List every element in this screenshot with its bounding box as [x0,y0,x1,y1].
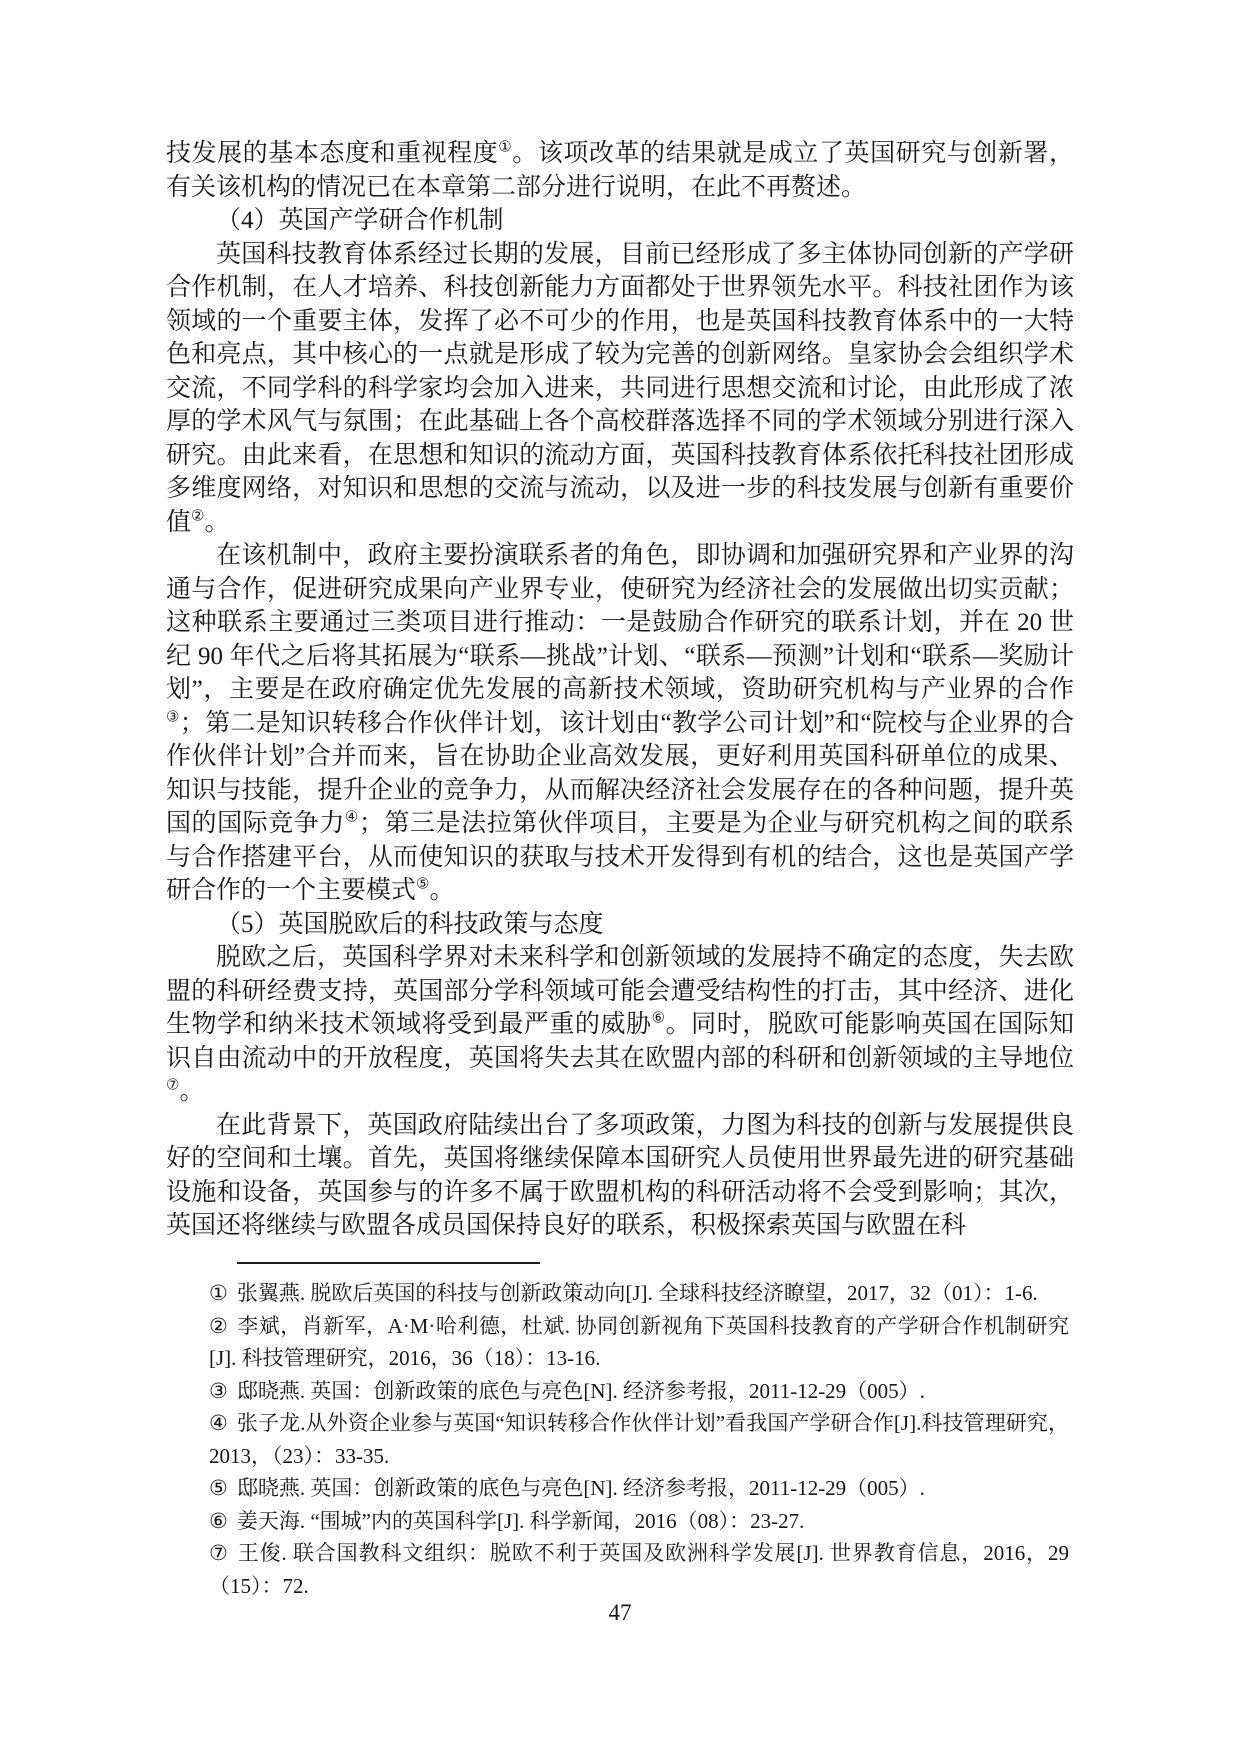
footnote-marker: ③ [209,1379,228,1403]
footnote: ⑥姜天海. “围城”内的英国科学[J]. 科学新闻，2016（08）：23-27… [209,1505,1069,1538]
footnote: ①张翼燕. 脱欧后英国的科技与创新政策动向[J]. 全球科技经济瞭望，2017，… [209,1277,1069,1310]
paragraph: 在该机制中，政府主要扮演联系者的角色，即协调和加强研究界和产业界的沟通与合作，促… [166,539,1074,908]
page-number: 47 [0,1600,1240,1626]
footnote-text: 邸晓燕. 英国：创新政策的底色与亮色[N]. 经济参考报，2011-12-29（… [237,1476,925,1500]
footnote-marker: ⑥ [209,1509,228,1533]
footnote-ref: ④ [345,810,359,826]
footnote-text: 姜天海. “围城”内的英国科学[J]. 科学新闻，2016（08）：23-27. [237,1509,805,1533]
footnote-ref: ⑤ [416,877,429,893]
paragraph: （5）英国脱欧后的科技政策与态度 [166,908,1074,942]
footnote-text: 邸晓燕. 英国：创新政策的底色与亮色[N]. 经济参考报，2011-12-29（… [237,1379,925,1403]
footnote: ④张子龙.从外资企业参与英国“知识转移合作伙伴计划”看我国产学研合作[J].科技… [209,1407,1069,1472]
footnote-ref: ① [498,140,512,156]
footnote: ③邸晓燕. 英国：创新政策的底色与亮色[N]. 经济参考报，2011-12-29… [209,1375,1069,1408]
footnote-text: 李斌，肖新军，A·M·哈利德，杜斌. 协同创新视角下英国科技教育的产学研合作机制… [209,1314,1069,1371]
paragraph: 技发展的基本态度和重视程度①。该项改革的结果就是成立了英国研究与创新署，有关该机… [166,137,1074,204]
paragraph: 脱欧之后，英国科学界对未来科学和创新领域的发展持不确定的态度，失去欧盟的科研经费… [166,941,1074,1109]
footnote-ref: ② [191,508,204,524]
footnote-ref: ⑦ [166,1078,179,1094]
footnote-marker: ② [209,1314,228,1338]
footnote-separator [237,1262,540,1264]
footnote-text: 张翼燕. 脱欧后英国的科技与创新政策动向[J]. 全球科技经济瞭望，2017，3… [237,1281,1038,1305]
footnote-ref: ⑥ [652,1011,666,1027]
footnote-marker: ⑤ [209,1476,228,1500]
footnote-text: 王俊. 联合国教科文组织：脱欧不利于英国及欧洲科学发展[J]. 世界教育信息，2… [209,1541,1069,1598]
paragraph: 在此背景下，英国政府陆续出台了多项政策，力图为科技的创新与发展提供良好的空间和土… [166,1109,1074,1243]
footnote-marker: ④ [209,1411,228,1435]
body-text: 技发展的基本态度和重视程度①。该项改革的结果就是成立了英国研究与创新署，有关该机… [166,137,1074,1243]
footnote-marker: ① [209,1281,228,1305]
footnote: ②李斌，肖新军，A·M·哈利德，杜斌. 协同创新视角下英国科技教育的产学研合作机… [209,1310,1069,1375]
footnotes: ①张翼燕. 脱欧后英国的科技与创新政策动向[J]. 全球科技经济瞭望，2017，… [209,1277,1069,1602]
footnote-marker: ⑦ [209,1541,229,1565]
footnote-ref: ③ [166,709,180,725]
paragraph: 英国科技教育体系经过长期的发展，目前已经形成了多主体协同创新的产学研合作机制，在… [166,238,1074,540]
footnote-text: 张子龙.从外资企业参与英国“知识转移合作伙伴计划”看我国产学研合作[J].科技管… [209,1411,1069,1468]
paragraph: （4）英国产学研合作机制 [166,204,1074,238]
footnote: ⑤邸晓燕. 英国：创新政策的底色与亮色[N]. 经济参考报，2011-12-29… [209,1472,1069,1505]
footnote: ⑦王俊. 联合国教科文组织：脱欧不利于英国及欧洲科学发展[J]. 世界教育信息，… [209,1537,1069,1602]
document-page: 技发展的基本态度和重视程度①。该项改革的结果就是成立了英国研究与创新署，有关该机… [0,0,1240,1753]
